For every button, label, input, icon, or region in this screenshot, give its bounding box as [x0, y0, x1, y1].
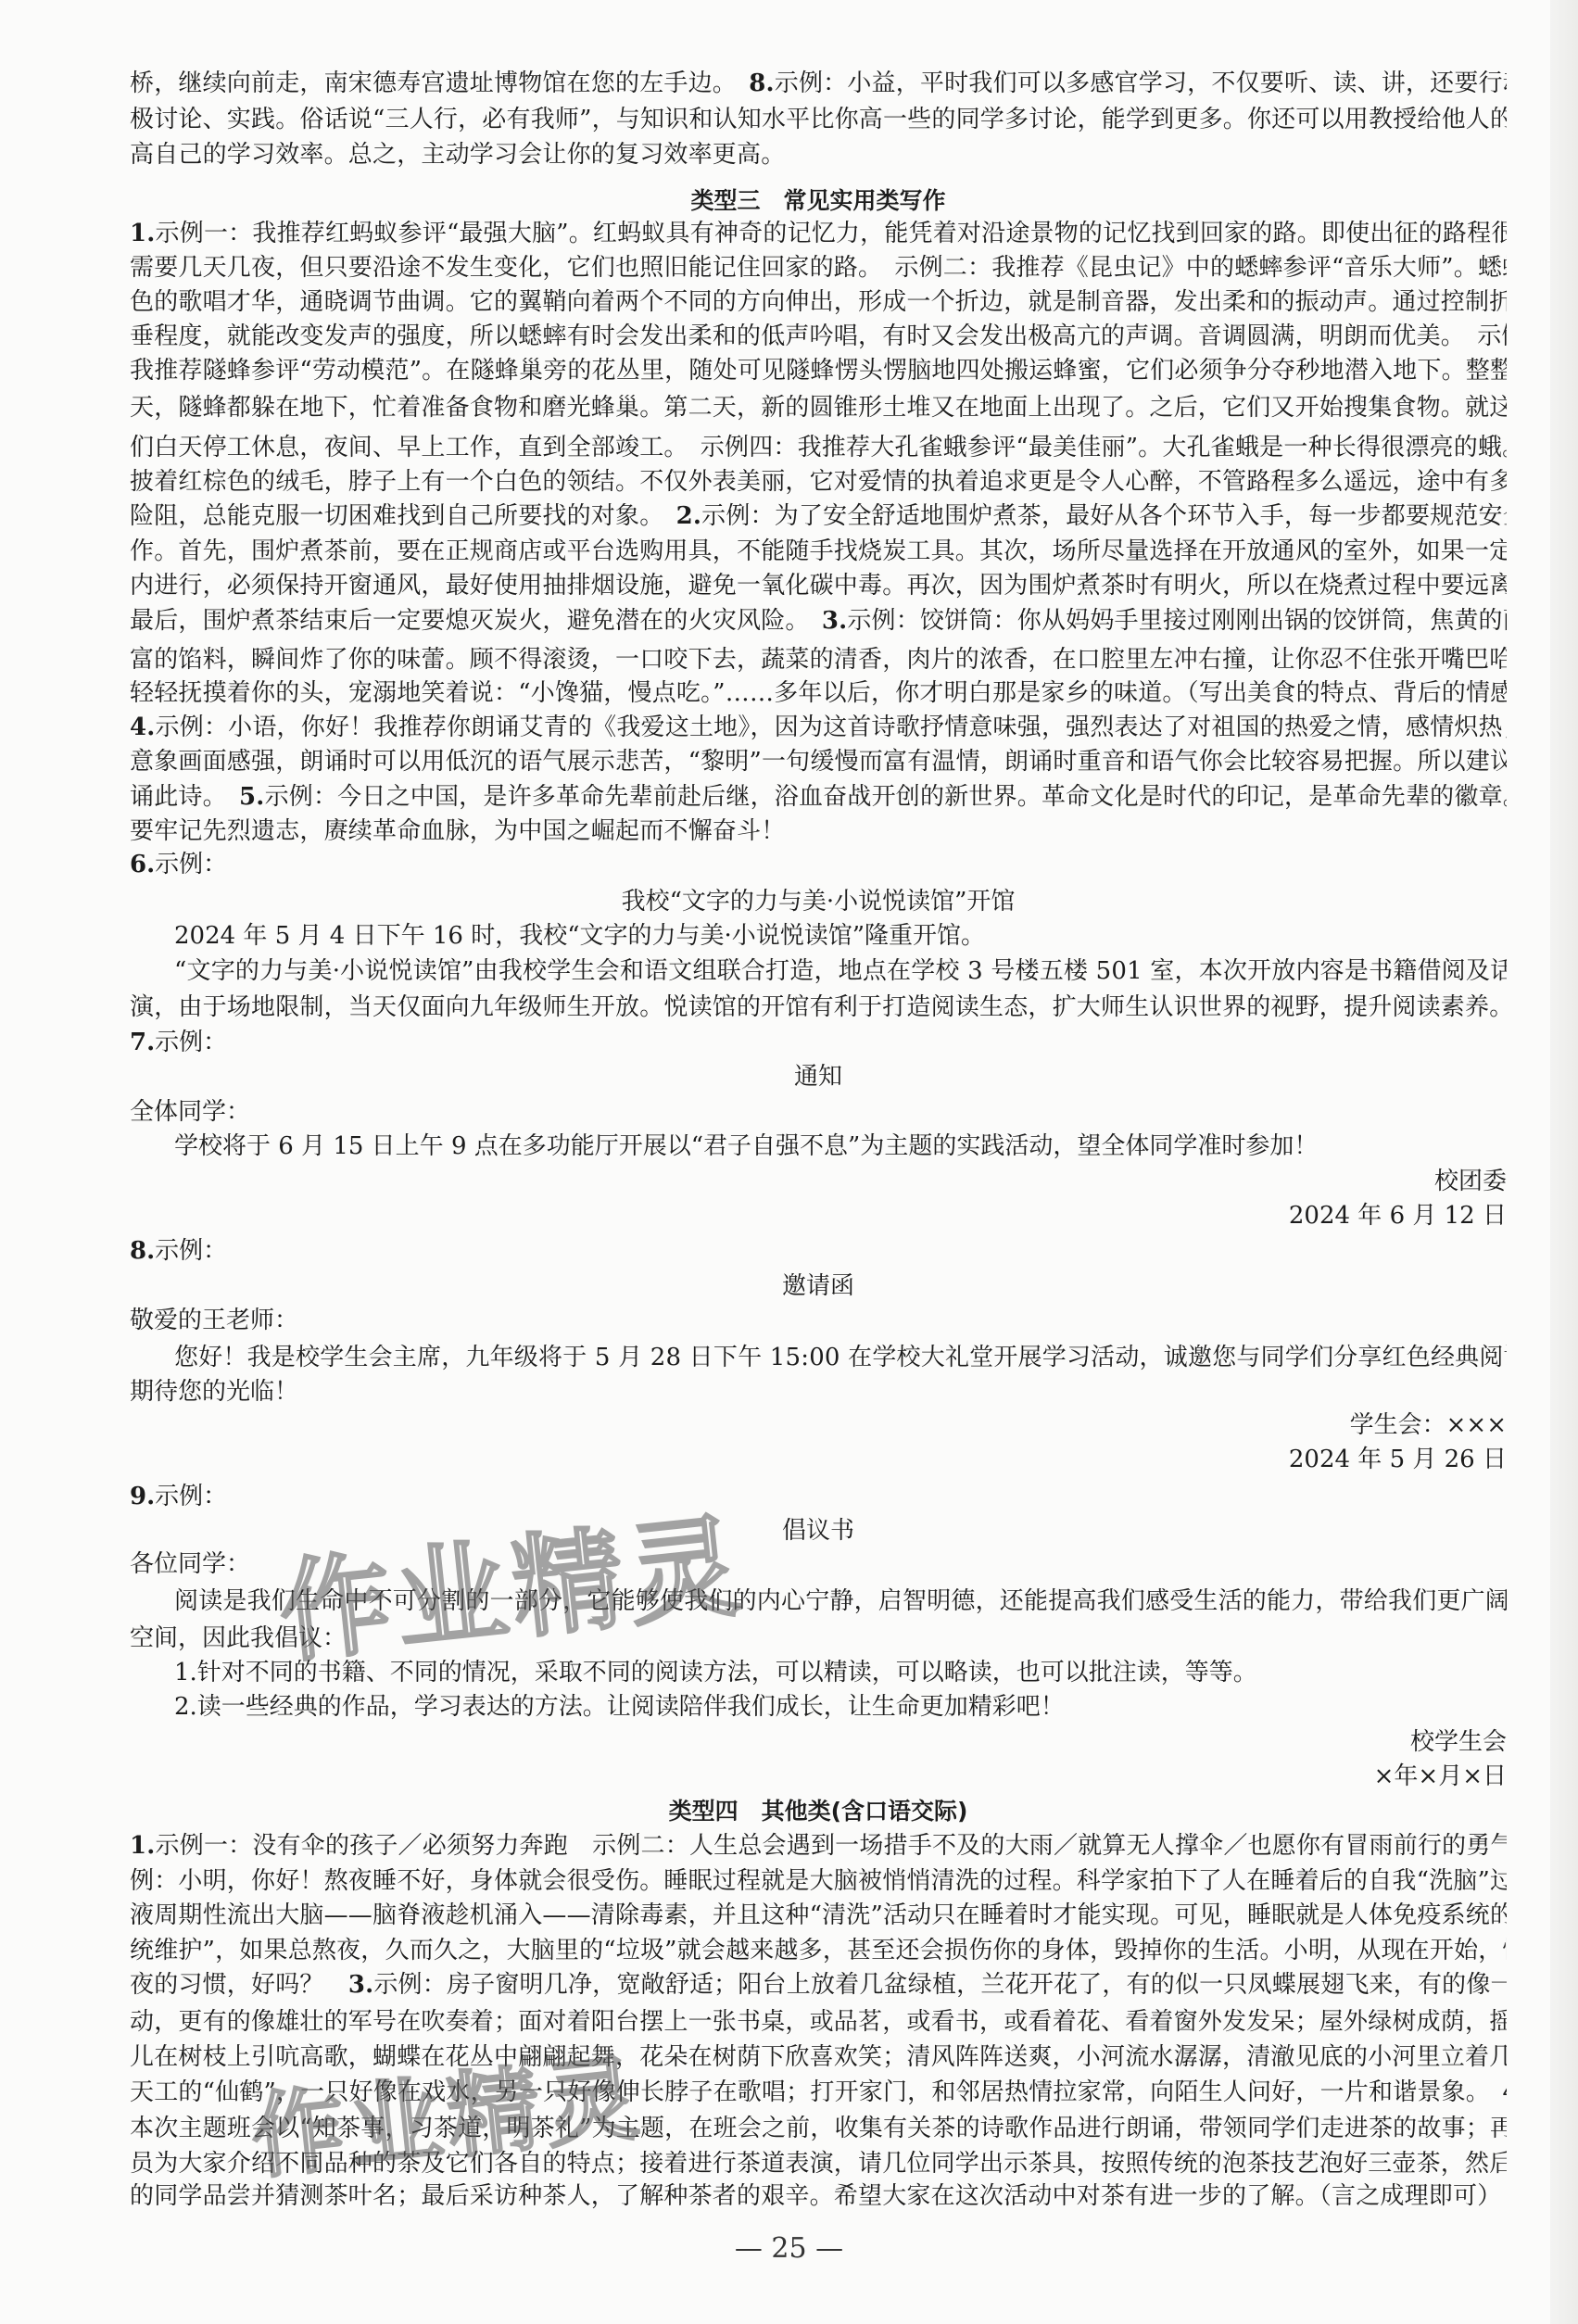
text-line: 桥，继续向前走，南宋德寿宫遗址博物馆在您的左手边。 8.示例：小益，平时我们可以… — [130, 67, 1507, 100]
item9-signer: 校学生会 — [130, 1725, 1507, 1759]
item7-label: 7.示例： — [130, 1026, 227, 1059]
text-line: 意象画面感强，朗诵时可以用低沉的语气展示悲苦，“黎明”一句缓慢而富有温情，朗诵时… — [130, 745, 1507, 778]
text-line: 1.示例一：我推荐红蚂蚁参评“最强大脑”。红蚂蚁具有神奇的记忆力，能凭着对沿途景… — [130, 217, 1507, 250]
text-line: 统维护”，如果总熬夜，久而久之，大脑里的“垃圾”就会越来越多，甚至还会损伤你的身… — [130, 1934, 1507, 1967]
text-line: 富的馅料，瞬间炸了你的味蕾。顾不得滚烫，一口咬下去，蔬菜的清香，肉片的浓香，在口… — [130, 643, 1507, 676]
text-line: 天，隧蜂都躲在地下，忙着准备食物和磨光蜂巢。第二天，新的圆锥形土堆又在地面上出现… — [130, 391, 1507, 424]
text-line: 诵此诗。 5.示例：今日之中国，是许多革命先辈前赴后继，浴血奋战开创的新世界。革… — [130, 780, 1507, 814]
item7-body: 学校将于 6 月 15 日上午 9 点在多功能厅开展以“君子自强不息”为主题的实… — [174, 1130, 1318, 1163]
item9-body-line1: 阅读是我们生命中不可分割的一部分，它能够使我们的内心宁静，启智明德，还能提高我们… — [174, 1585, 1507, 1618]
item6-para2-line2: 演，由于场地限制，当天仅面向九年级师生开放。悦读馆的开馆有利于打造阅读生态，扩大… — [130, 991, 1507, 1024]
text-line: 天工的“仙鹤”，一只好像在戏水，另一只好像伸长脖子在歌唱；打开家门，和邻居热情拉… — [130, 2076, 1507, 2109]
text-line: 例：小明，你好！熬夜睡不好，身体就会很受伤。睡眠过程就是大脑被悄悄清洗的过程。科… — [130, 1864, 1507, 1898]
item6-para1: 2024 年 5 月 4 日下午 16 时，我校“文字的力与美·小说悦读馆”隆重… — [174, 919, 985, 953]
item9-body-line2: 空间，因此我倡议： — [130, 1622, 347, 1655]
text-line: 我推荐隧蜂参评“劳动模范”。在隧蜂巢旁的花丛里，随处可见隧蜂愣头愣脑地四处搬运蜂… — [130, 354, 1507, 387]
text-line: 垂程度，就能改变发声的强度，所以蟋蟀有时会发出柔和的低声吟唱，有时又会发出极高亢… — [130, 320, 1507, 353]
text-line: 高自己的学习效率。总之，主动学习会让你的复习效率更高。 — [130, 138, 1507, 171]
text-line: 需要几天几夜，但只要沿途不发生变化，它们也照旧能记住回家的路。 示例二：我推荐《… — [130, 251, 1507, 284]
item8-signer: 学生会：××× — [130, 1408, 1507, 1442]
item9-label: 9.示例： — [130, 1480, 227, 1513]
text-line: 要牢记先烈遗志，赓续革命血脉，为中国之崛起而不懈奋斗！ — [130, 815, 1507, 848]
text-line: 本次主题班会以“知茶事，习茶道，明茶礼”为主题，在班会之前，收集有关茶的诗歌作品… — [130, 2112, 1507, 2145]
text-line: 色的歌唱才华，通晓调节曲调。它的翼鞘向着两个不同的方向伸出，形成一个折边，就是制… — [130, 285, 1507, 319]
section3-title: 类型三 常见实用类写作 — [130, 184, 1507, 218]
page-number: — 25 — — [0, 2230, 1578, 2267]
item8-label: 8.示例： — [130, 1234, 227, 1268]
item7-salutation: 全体同学： — [130, 1095, 250, 1129]
item8-date: 2024 年 5 月 26 日 — [130, 1443, 1507, 1476]
text-line: 们白天停工休息，夜间、早上工作，直到全部竣工。 示例四：我推荐大孔雀蛾参评“最美… — [130, 431, 1507, 464]
text-line: 1.示例一：没有伞的孩子／必须努力奔跑 示例二：人生总会遇到一场措手不及的大雨／… — [130, 1829, 1507, 1863]
text-line: 内进行，必须保持开窗通风，最好使用抽排烟设施，避免一氧化碳中毒。再次，因为围炉煮… — [130, 569, 1507, 602]
item6-para2-line1: “文字的力与美·小说悦读馆”由我校学生会和语文组联合打造，地点在学校 3 号楼五… — [174, 954, 1507, 988]
item9-point2: 2.读一些经典的作品，学习表达的方法。让阅读陪伴我们成长，让生命更加精彩吧！ — [174, 1690, 1065, 1724]
item9-salutation: 各位同学： — [130, 1547, 250, 1581]
text-line: 液周期性流出大脑——脑脊液趁机涌入——清除毒素，并且这种“清洗”活动只在睡着时才… — [130, 1899, 1507, 1932]
item7-date: 2024 年 6 月 12 日 — [130, 1199, 1507, 1232]
item8-body-line1: 您好！我是校学生会主席，九年级将于 5 月 28 日下午 15:00 在学校大礼… — [174, 1341, 1507, 1374]
item8-title: 邀请函 — [130, 1269, 1507, 1303]
adjacent-page-edge — [1550, 0, 1578, 2324]
item6-label: 6.示例： — [130, 848, 227, 881]
text-line: 员为大家介绍不同品种的茶及它们各自的特点；接着进行茶道表演，请几位同学出示茶具，… — [130, 2147, 1507, 2180]
item8-body-line2: 期待您的光临！ — [130, 1375, 298, 1408]
text-line: 动，更有的像雄壮的军号在吹奏着；面对着阳台摆上一张书桌，或品茗，或看书，或看着花… — [130, 2005, 1507, 2039]
text-line: 儿在树枝上引吭高歌，蝴蝶在花丛中翩翩起舞，花朵在树荫下欣喜欢笑；清风阵阵送爽，小… — [130, 2040, 1507, 2074]
text-line: 夜的习惯，好吗？ 3.示例：房子窗明几净，宽敞舒适；阳台上放着几盆绿植，兰花开花… — [130, 1968, 1507, 2002]
text-line: 轻轻抚摸着你的头，宠溺地笑着说：“小馋猫，慢点吃。”……多年以后，你才明白那是家… — [130, 676, 1507, 710]
item6-title: 我校“文字的力与美·小说悦读馆”开馆 — [130, 885, 1507, 918]
section4-title: 类型四 其他类(含口语交际) — [130, 1795, 1507, 1828]
text-line: 险阻，总能克服一切困难找到自己所要找的对象。 2.示例：为了安全舒适地围炉煮茶，… — [130, 499, 1507, 533]
item8-salutation: 敬爱的王老师： — [130, 1304, 298, 1337]
item9-title: 倡议书 — [130, 1514, 1507, 1547]
text-line: 披着红棕色的绒毛，脖子上有一个白色的领结。不仅外表美丽，它对爱情的执着追求更是令… — [130, 465, 1507, 499]
item9-date: ×年×月×日 — [130, 1760, 1507, 1793]
text-line: 最后，围炉煮茶结束后一定要熄灭炭火，避免潜在的火灾风险。 3.示例：饺饼筒：你从… — [130, 604, 1507, 638]
text-line: 极讨论、实践。俗话说“三人行，必有我师”，与知识和认知水平比你高一些的同学多讨论… — [130, 103, 1507, 136]
text-line: 4.示例：小语，你好！我推荐你朗诵艾青的《我爱这土地》，因为这首诗歌抒情意味强，… — [130, 711, 1507, 744]
text-line: 的同学品尝并猜测茶叶名；最后采访种茶人，了解种茶者的艰辛。希望大家在这次活动中对… — [130, 2179, 1507, 2213]
text-line: 作。首先，围炉煮茶前，要在正规商店或平台选购用具，不能随手找烧炭工具。其次，场所… — [130, 535, 1507, 568]
item7-title: 通知 — [130, 1060, 1507, 1093]
item9-point1: 1.针对不同的书籍、不同的情况，采取不同的阅读方法，可以精读，可以略读，也可以批… — [174, 1656, 1257, 1689]
item7-signer: 校团委 — [130, 1165, 1507, 1198]
